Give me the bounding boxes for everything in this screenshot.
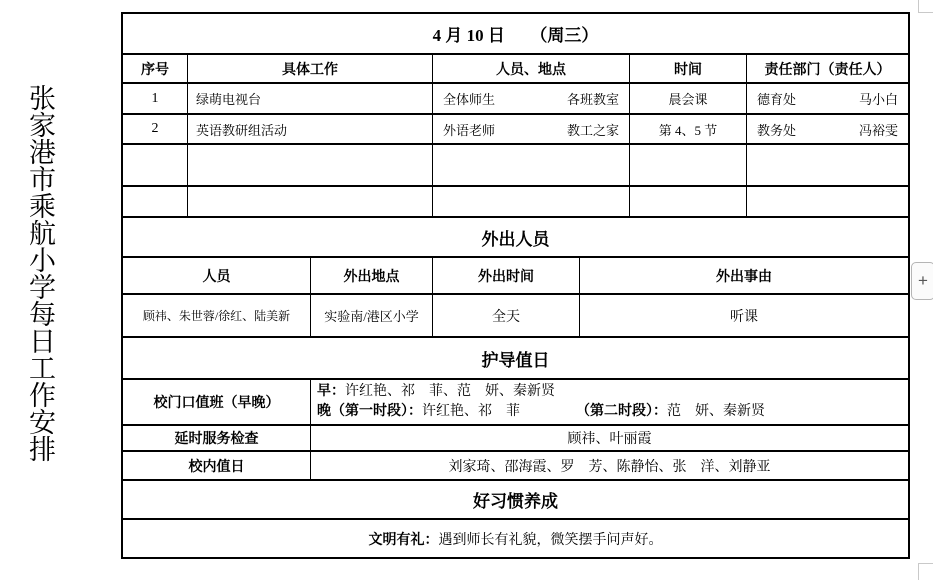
plus-icon: +	[918, 271, 928, 291]
gate-evening-slot1-names: 许红艳、祁 菲	[422, 404, 520, 419]
cell-no[interactable]	[123, 187, 188, 216]
cell-no[interactable]: 1	[123, 84, 188, 113]
outing-header-reason-label: 外出事由	[716, 266, 772, 286]
header-people-place-label: 人员、地点	[496, 59, 566, 79]
time-text: 晨会课	[668, 89, 707, 108]
cell-people-place[interactable]: 外语老师 教工之家	[433, 115, 630, 143]
header-work-label: 具体工作	[282, 59, 338, 79]
habit-content-row: 文明有礼： 遇到师长有礼貌，微笑摆手问声好。	[123, 520, 908, 557]
work-text: 绿萌电视台	[196, 89, 261, 108]
gate-evening-slot2-label: （第二时段）：	[576, 404, 667, 419]
duty-title: 护导值日	[482, 346, 550, 371]
outing-data-row: 顾祎、朱世蓉/徐红、陆美新 实验南/港区小学 全天 听课	[123, 295, 908, 338]
campus-duty-row: 校内值日 刘家琦、邵海霞、罗 芳、陈静怡、张 洋、刘静亚	[123, 452, 908, 481]
outing-header-people-label: 人员	[203, 266, 231, 286]
outing-people-text: 顾祎、朱世蓉/徐红、陆美新	[143, 307, 290, 324]
cell-work[interactable]: 绿萌电视台	[188, 84, 433, 113]
delay-check-label: 延时服务检查	[175, 428, 259, 448]
campus-duty-names: 刘家琦、邵海霞、罗 芳、陈静怡、张 洋、刘静亚	[449, 456, 771, 476]
gate-duty-content-cell[interactable]: 早：许红艳、祁 菲、范 妍、秦新贤 晚（第一时段）：许红艳、祁 菲（第二时段）：…	[311, 380, 908, 424]
page-edge-bottom-right	[918, 563, 933, 580]
outing-place-text: 实验南/港区小学	[324, 306, 419, 325]
cell-time[interactable]: 晨会课	[630, 84, 747, 113]
outing-header-time-label: 外出时间	[478, 266, 534, 286]
cell-dept[interactable]	[747, 187, 908, 216]
gate-duty-line2: 晚（第一时段）：许红艳、祁 菲（第二时段）：范 妍、秦新贤	[317, 402, 765, 422]
cell-people-place[interactable]: 全体师生 各班教室	[433, 84, 630, 113]
dept-text: 教务处	[757, 120, 796, 139]
cell-time[interactable]	[630, 187, 747, 216]
gate-duty-label: 校门口值班（早晚）	[154, 392, 280, 412]
outing-title: 外出人员	[482, 225, 550, 250]
main-header-row: 序号 具体工作 人员、地点 时间 责任部门（责任人）	[123, 55, 908, 84]
cell-no[interactable]: 2	[123, 115, 188, 143]
outing-header-reason[interactable]: 外出事由	[580, 258, 908, 293]
people-text: 全体师生	[443, 89, 495, 108]
outing-reason-cell[interactable]: 听课	[580, 295, 908, 336]
habit-text: 遇到师长有礼貌，微笑摆手问声好。	[439, 529, 663, 549]
outing-title-cell[interactable]: 外出人员	[123, 218, 908, 256]
cell-time[interactable]	[630, 145, 747, 185]
gate-duty-row: 校门口值班（早晚） 早：许红艳、祁 菲、范 妍、秦新贤 晚（第一时段）：许红艳、…	[123, 380, 908, 426]
date-text: 4 月 10 日 （周三）	[433, 21, 599, 46]
outing-time-cell[interactable]: 全天	[433, 295, 580, 336]
outing-header-place[interactable]: 外出地点	[311, 258, 433, 293]
cell-work[interactable]	[188, 187, 433, 216]
add-row-button[interactable]: +	[911, 262, 933, 300]
table-row: 2 英语教研组活动 外语老师 教工之家 第 4、5 节 教务处 冯裕雯	[123, 115, 908, 145]
page-edge-top-right	[918, 0, 933, 13]
gate-duty-label-cell[interactable]: 校门口值班（早晚）	[123, 380, 311, 424]
header-time-label: 时间	[674, 59, 702, 79]
campus-duty-label-cell[interactable]: 校内值日	[123, 452, 311, 479]
work-text: 英语教研组活动	[196, 120, 287, 139]
cell-work[interactable]	[188, 145, 433, 185]
header-time[interactable]: 时间	[630, 55, 747, 82]
outing-header-place-label: 外出地点	[344, 266, 400, 286]
delay-check-names: 顾祎、叶丽霞	[568, 428, 652, 448]
daily-schedule-table: 4 月 10 日 （周三） 序号 具体工作 人员、地点 时间 责任部门（责任人）…	[121, 12, 910, 559]
table-row-empty	[123, 145, 908, 187]
gate-evening-slot2-names: 范 妍、秦新贤	[667, 404, 765, 419]
outing-header-time[interactable]: 外出时间	[433, 258, 580, 293]
place-text: 各班教室	[567, 89, 619, 108]
delay-check-row: 延时服务检查 顾祎、叶丽霞	[123, 426, 908, 452]
header-no[interactable]: 序号	[123, 55, 188, 82]
person-text: 冯裕雯	[859, 120, 898, 139]
table-row-empty	[123, 187, 908, 218]
cell-people-place[interactable]	[433, 187, 630, 216]
outing-header-people[interactable]: 人员	[123, 258, 311, 293]
outing-time-text: 全天	[492, 306, 520, 326]
habit-title-row: 好习惯养成	[123, 481, 908, 520]
cell-time[interactable]: 第 4、5 节	[630, 115, 747, 143]
campus-duty-content-cell[interactable]: 刘家琦、邵海霞、罗 芳、陈静怡、张 洋、刘静亚	[311, 452, 908, 479]
cell-work[interactable]: 英语教研组活动	[188, 115, 433, 143]
delay-check-content-cell[interactable]: 顾祎、叶丽霞	[311, 426, 908, 450]
campus-duty-label: 校内值日	[189, 456, 245, 476]
habit-content-cell[interactable]: 文明有礼： 遇到师长有礼貌，微笑摆手问声好。	[123, 520, 908, 557]
gate-evening-slot1-label: 晚（第一时段）：	[317, 404, 422, 419]
duty-title-row: 护导值日	[123, 338, 908, 380]
place-text: 教工之家	[567, 120, 619, 139]
header-no-label: 序号	[141, 59, 169, 79]
delay-check-label-cell[interactable]: 延时服务检查	[123, 426, 311, 450]
header-work[interactable]: 具体工作	[188, 55, 433, 82]
dept-text: 德育处	[757, 89, 796, 108]
header-dept[interactable]: 责任部门（责任人）	[747, 55, 908, 82]
outing-people-cell[interactable]: 顾祎、朱世蓉/徐红、陆美新	[123, 295, 311, 336]
cell-dept[interactable]: 德育处 马小白	[747, 84, 908, 113]
gate-morning-names: 许红艳、祁 菲、范 妍、秦新贤	[345, 384, 555, 399]
cell-people-place[interactable]	[433, 145, 630, 185]
gate-morning-label: 早：	[317, 384, 345, 399]
time-text: 第 4、5 节	[659, 120, 718, 139]
cell-dept[interactable]	[747, 145, 908, 185]
duty-title-cell[interactable]: 护导值日	[123, 338, 908, 378]
outing-place-cell[interactable]: 实验南/港区小学	[311, 295, 433, 336]
date-header-cell[interactable]: 4 月 10 日 （周三）	[123, 14, 908, 53]
outing-header-row: 人员 外出地点 外出时间 外出事由	[123, 258, 908, 295]
header-dept-label: 责任部门（责任人）	[765, 59, 891, 79]
habit-title: 好习惯养成	[473, 487, 558, 512]
people-text: 外语老师	[443, 120, 495, 139]
person-text: 马小白	[859, 89, 898, 108]
row-number: 2	[152, 121, 159, 137]
page-title: 张家港市乘航小学每日工作安排	[20, 84, 60, 462]
gate-duty-line1: 早：许红艳、祁 菲、范 妍、秦新贤	[317, 382, 555, 402]
cell-dept[interactable]: 教务处 冯裕雯	[747, 115, 908, 143]
header-people-place[interactable]: 人员、地点	[433, 55, 630, 82]
row-number: 1	[152, 91, 159, 107]
habit-title-cell[interactable]: 好习惯养成	[123, 481, 908, 518]
date-header-row: 4 月 10 日 （周三）	[123, 14, 908, 55]
cell-no[interactable]	[123, 145, 188, 185]
table-row: 1 绿萌电视台 全体师生 各班教室 晨会课 德育处 马小白	[123, 84, 908, 115]
outing-title-row: 外出人员	[123, 218, 908, 258]
outing-reason-text: 听课	[730, 306, 758, 326]
habit-lead: 文明有礼：	[369, 529, 439, 549]
